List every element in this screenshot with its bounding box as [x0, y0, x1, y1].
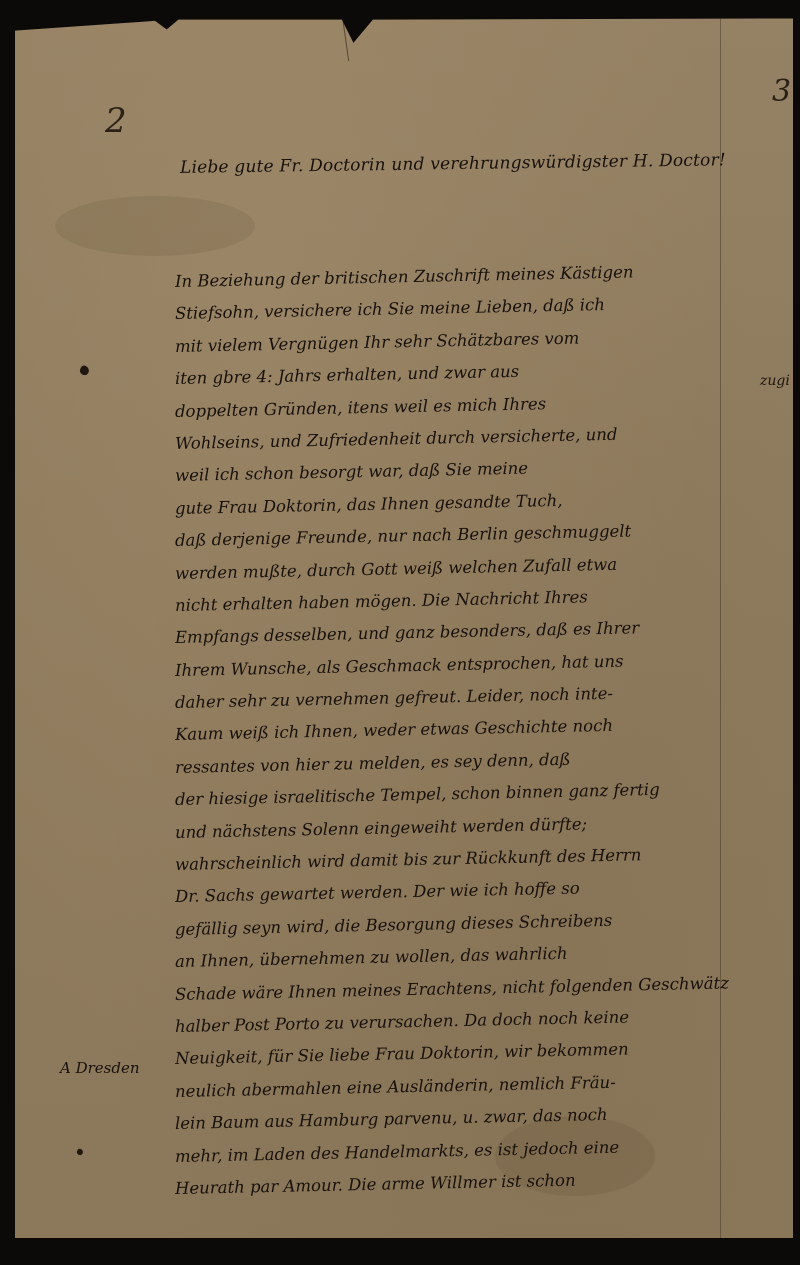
scanned-letter-viewer: 2 3 zugi Liebe gute Fr. Doctorin und ver… — [0, 0, 800, 1265]
paper-tear — [342, 16, 379, 61]
page-number: 2 — [105, 101, 127, 141]
letter-body: In Beziehung der britischen Zuschrift me… — [175, 266, 735, 1205]
letter-salutation: Liebe gute Fr. Doctorin und verehrungswü… — [180, 150, 740, 178]
adjacent-page-note: zugi — [760, 374, 790, 388]
adjacent-page-mark: 3 — [772, 74, 791, 109]
ink-blot — [78, 364, 90, 376]
ink-blot — [76, 1148, 84, 1156]
margin-note: A Dresden — [60, 1059, 140, 1077]
paper-stain — [55, 196, 255, 256]
letter-page: 2 3 zugi Liebe gute Fr. Doctorin und ver… — [15, 16, 793, 1238]
